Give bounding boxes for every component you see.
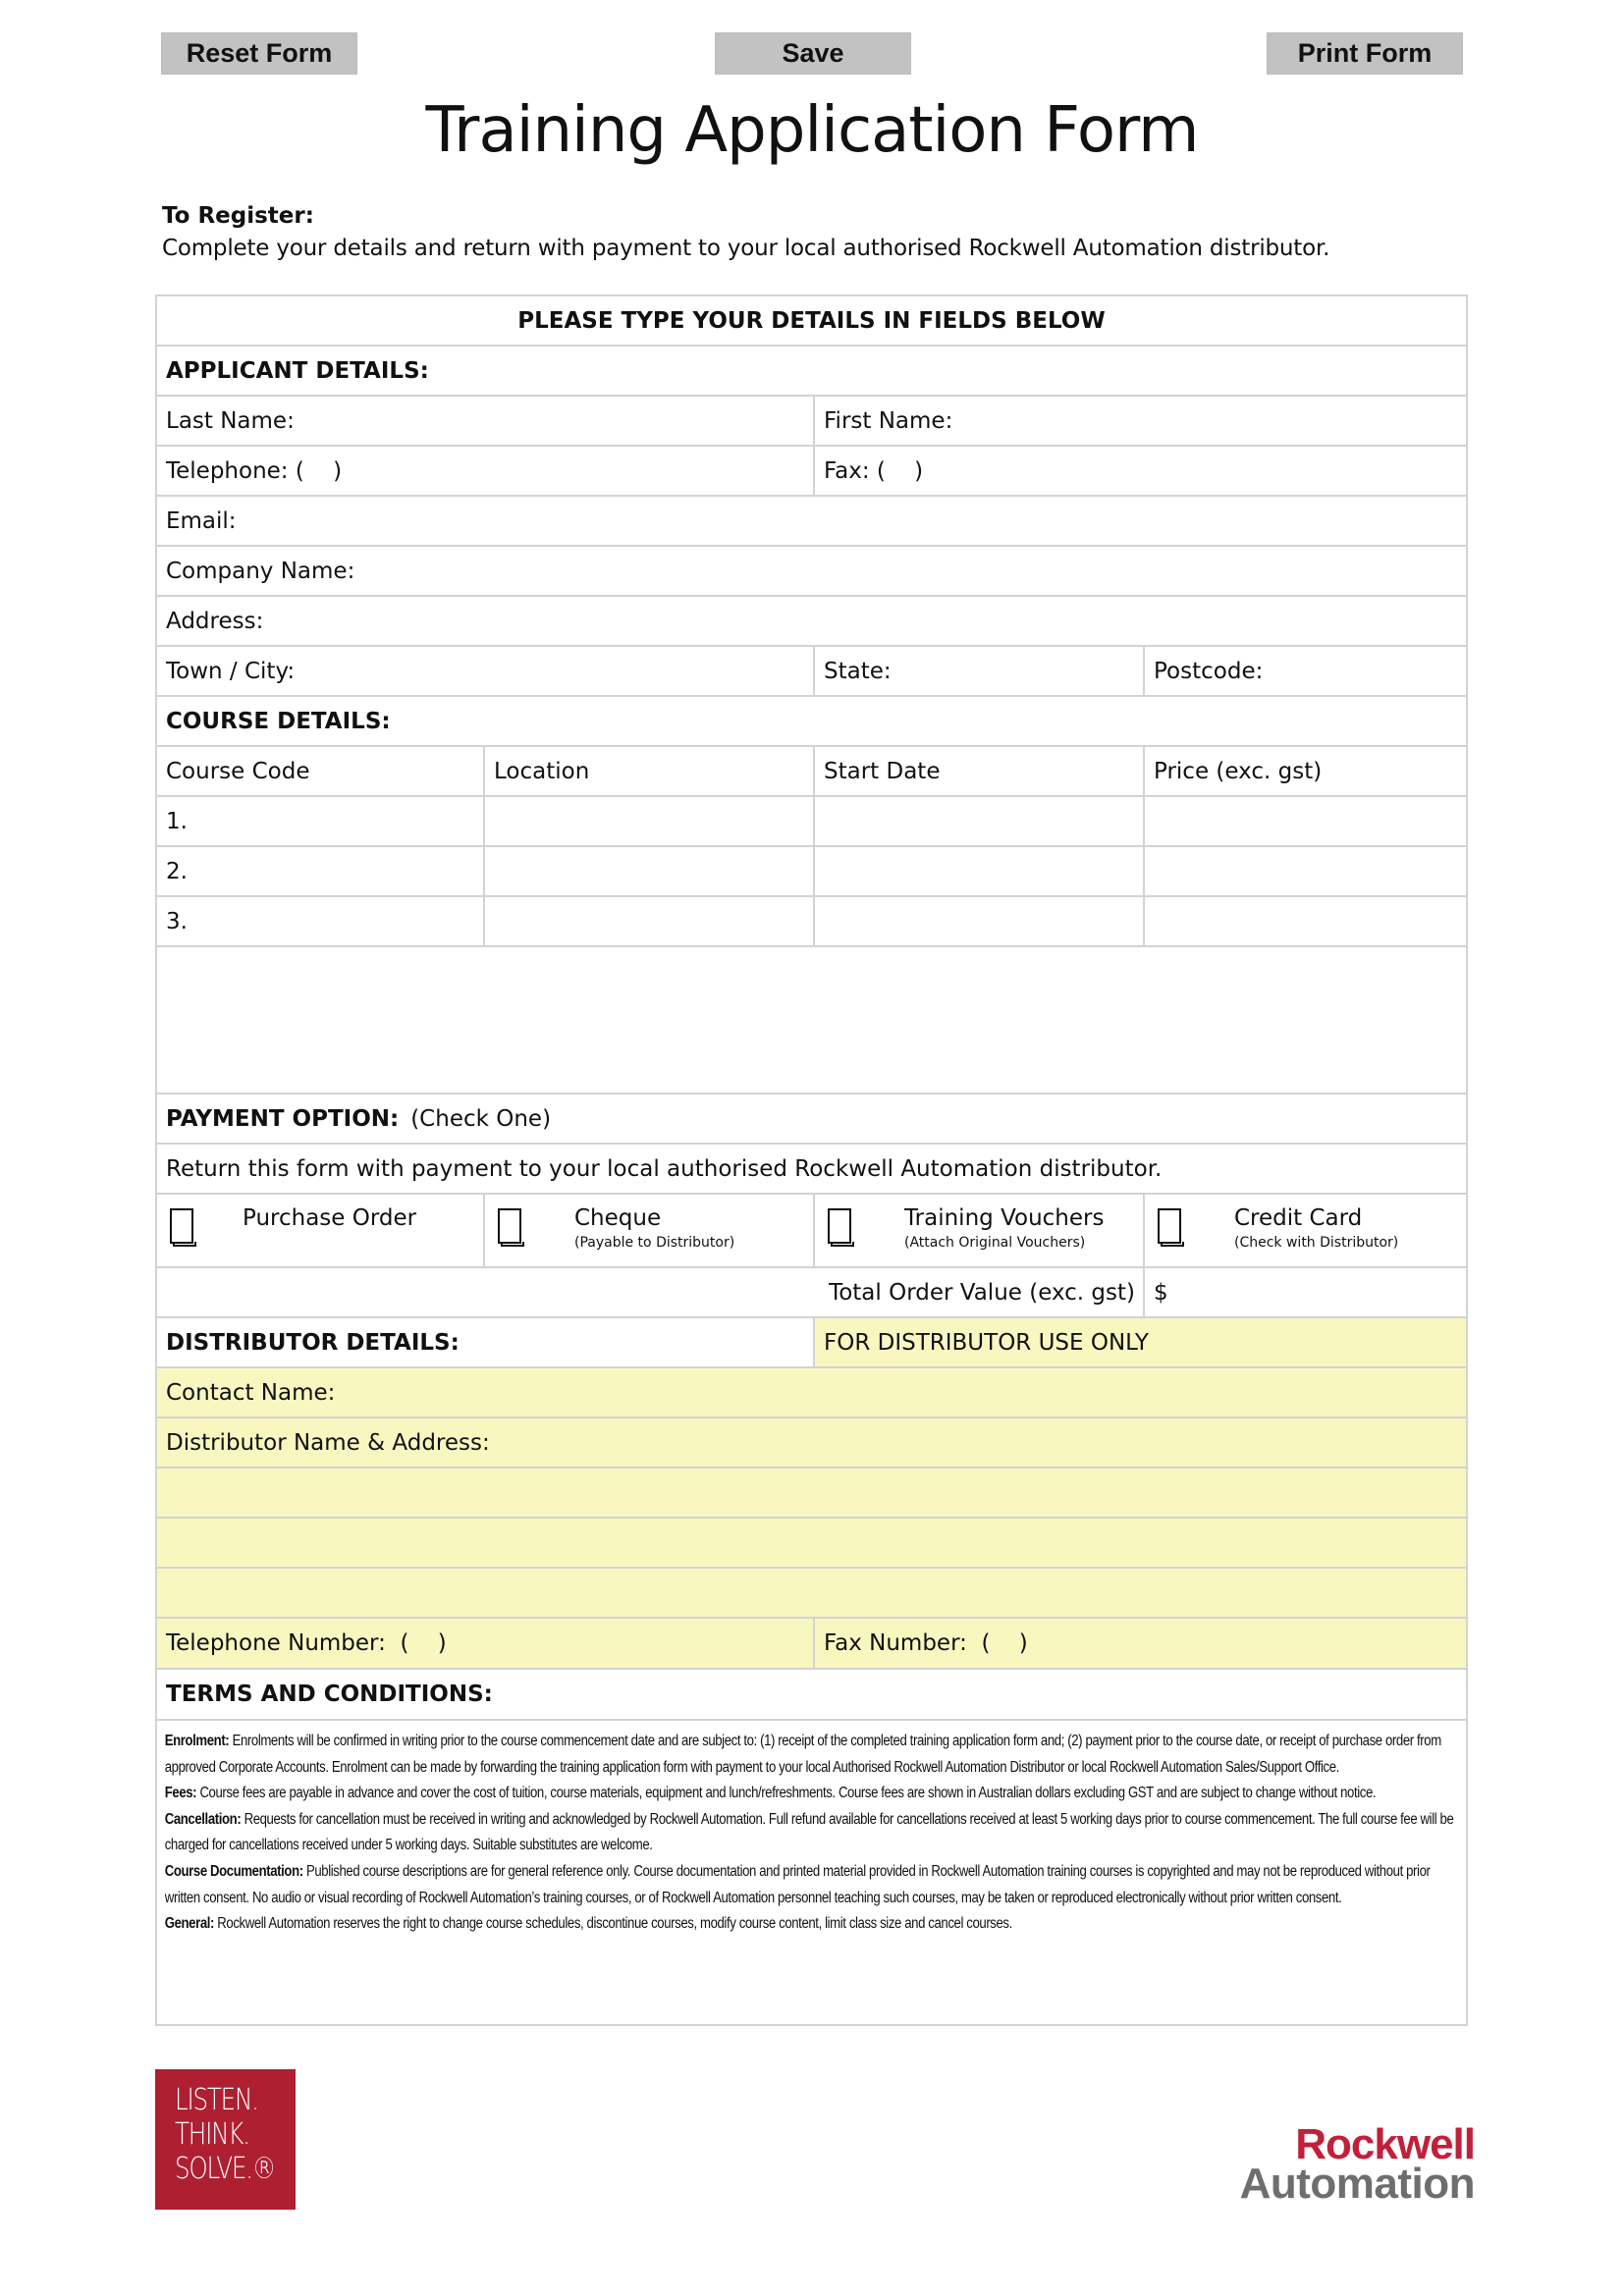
start-date-input[interactable] bbox=[815, 897, 1145, 945]
distributor-fax-field[interactable]: Fax Number: ( ) bbox=[815, 1619, 1466, 1668]
register-instructions: Complete your details and return with pa… bbox=[162, 236, 1329, 261]
start-date-input[interactable] bbox=[815, 847, 1145, 895]
price-input[interactable] bbox=[1145, 847, 1466, 895]
location-input[interactable] bbox=[485, 797, 815, 845]
location-input[interactable] bbox=[485, 847, 815, 895]
column-start-date: Start Date bbox=[815, 747, 1145, 795]
course-code-input[interactable]: 2. bbox=[157, 847, 485, 895]
option-note: (Payable to Distributor) bbox=[574, 1234, 734, 1252]
checkbox-icon[interactable] bbox=[828, 1208, 857, 1248]
rockwell-automation-logo: Rockwell Automation bbox=[1240, 2125, 1475, 2204]
option-label: Credit Card bbox=[1234, 1204, 1398, 1232]
telephone-field[interactable]: Telephone: ( ) bbox=[157, 447, 815, 495]
postcode-field[interactable]: Postcode: bbox=[1145, 647, 1466, 695]
course-row: 1. bbox=[157, 797, 1466, 847]
address-field[interactable]: Address: bbox=[157, 597, 1466, 645]
payment-option-training-vouchers[interactable]: Training Vouchers(Attach Original Vouche… bbox=[815, 1195, 1145, 1266]
page-title: Training Application Form bbox=[0, 94, 1624, 167]
checkbox-icon[interactable] bbox=[498, 1208, 527, 1248]
payment-option-heading: PAYMENT OPTION: (Check One) bbox=[157, 1095, 1466, 1143]
distributor-address-line[interactable] bbox=[157, 1519, 1466, 1567]
terms-general: General: Rockwell Automation reserves th… bbox=[165, 1911, 1459, 1938]
terms-and-conditions: Enrolment: Enrolments will be confirmed … bbox=[157, 1721, 1466, 1938]
option-note: (Check with Distributor) bbox=[1234, 1234, 1398, 1252]
total-order-value-label: Total Order Value (exc. gst) bbox=[157, 1268, 1145, 1316]
price-input[interactable] bbox=[1145, 797, 1466, 845]
course-row: 3. bbox=[157, 897, 1466, 947]
register-heading: To Register: bbox=[162, 203, 314, 229]
terms-fees: Fees: Course fees are payable in advance… bbox=[165, 1781, 1459, 1807]
course-notes-area[interactable] bbox=[157, 947, 1466, 1093]
terms-enrolment: Enrolment: Enrolments will be confirmed … bbox=[165, 1729, 1459, 1781]
option-label: Training Vouchers bbox=[904, 1204, 1104, 1232]
course-code-input[interactable]: 1. bbox=[157, 797, 485, 845]
terms-heading: TERMS AND CONDITIONS: bbox=[157, 1670, 1466, 1719]
payment-option-cheque[interactable]: Cheque(Payable to Distributor) bbox=[485, 1195, 815, 1266]
checkbox-icon[interactable] bbox=[1158, 1208, 1187, 1248]
town-city-field[interactable]: Town / City: bbox=[157, 647, 815, 695]
payment-option-purchase-order[interactable]: Purchase Order bbox=[157, 1195, 485, 1266]
payment-option-label: PAYMENT OPTION: bbox=[166, 1106, 399, 1132]
payment-option-note: (Check One) bbox=[410, 1106, 551, 1132]
start-date-input[interactable] bbox=[815, 797, 1145, 845]
applicant-details-heading: APPLICANT DETAILS: bbox=[157, 347, 1466, 395]
column-price: Price (exc. gst) bbox=[1145, 747, 1466, 795]
reset-form-button[interactable]: Reset Form bbox=[161, 32, 357, 75]
payment-instruction: Return this form with payment to your lo… bbox=[157, 1145, 1466, 1193]
option-note: (Attach Original Vouchers) bbox=[904, 1234, 1104, 1252]
print-form-button[interactable]: Print Form bbox=[1267, 32, 1463, 75]
location-input[interactable] bbox=[485, 897, 815, 945]
column-course-code: Course Code bbox=[157, 747, 485, 795]
state-field[interactable]: State: bbox=[815, 647, 1145, 695]
save-button[interactable]: Save bbox=[715, 32, 911, 75]
distributor-address-line[interactable] bbox=[157, 1468, 1466, 1517]
company-name-field[interactable]: Company Name: bbox=[157, 547, 1466, 595]
distributor-name-address-field[interactable]: Distributor Name & Address: bbox=[157, 1418, 1466, 1467]
email-field[interactable]: Email: bbox=[157, 497, 1466, 545]
course-row: 2. bbox=[157, 847, 1466, 897]
payment-option-credit-card[interactable]: Credit Card(Check with Distributor) bbox=[1145, 1195, 1466, 1266]
distributor-use-only-label: FOR DISTRIBUTOR USE ONLY bbox=[815, 1318, 1466, 1366]
distributor-telephone-field[interactable]: Telephone Number: ( ) bbox=[157, 1619, 815, 1668]
terms-course-documentation: Course Documentation: Published course d… bbox=[165, 1859, 1459, 1911]
contact-name-field[interactable]: Contact Name: bbox=[157, 1368, 1466, 1416]
distributor-details-heading: DISTRIBUTOR DETAILS: bbox=[157, 1318, 815, 1366]
column-location: Location bbox=[485, 747, 815, 795]
application-form: PLEASE TYPE YOUR DETAILS IN FIELDS BELOW… bbox=[155, 294, 1468, 2026]
option-label: Cheque bbox=[574, 1204, 734, 1232]
last-name-field[interactable]: Last Name: bbox=[157, 397, 815, 445]
distributor-address-line[interactable] bbox=[157, 1569, 1466, 1617]
total-order-value-input[interactable]: $ bbox=[1145, 1268, 1466, 1316]
first-name-field[interactable]: First Name: bbox=[815, 397, 1466, 445]
course-details-heading: COURSE DETAILS: bbox=[157, 697, 1466, 745]
price-input[interactable] bbox=[1145, 897, 1466, 945]
fax-field[interactable]: Fax: ( ) bbox=[815, 447, 1466, 495]
listen-think-solve-logo: LISTEN. THINK. SOLVE.® bbox=[155, 2069, 296, 2210]
checkbox-icon[interactable] bbox=[170, 1208, 199, 1248]
form-header: PLEASE TYPE YOUR DETAILS IN FIELDS BELOW bbox=[157, 296, 1466, 345]
course-code-input[interactable]: 3. bbox=[157, 897, 485, 945]
option-label: Purchase Order bbox=[243, 1204, 416, 1232]
terms-cancellation: Cancellation: Requests for cancellation … bbox=[165, 1807, 1459, 1859]
